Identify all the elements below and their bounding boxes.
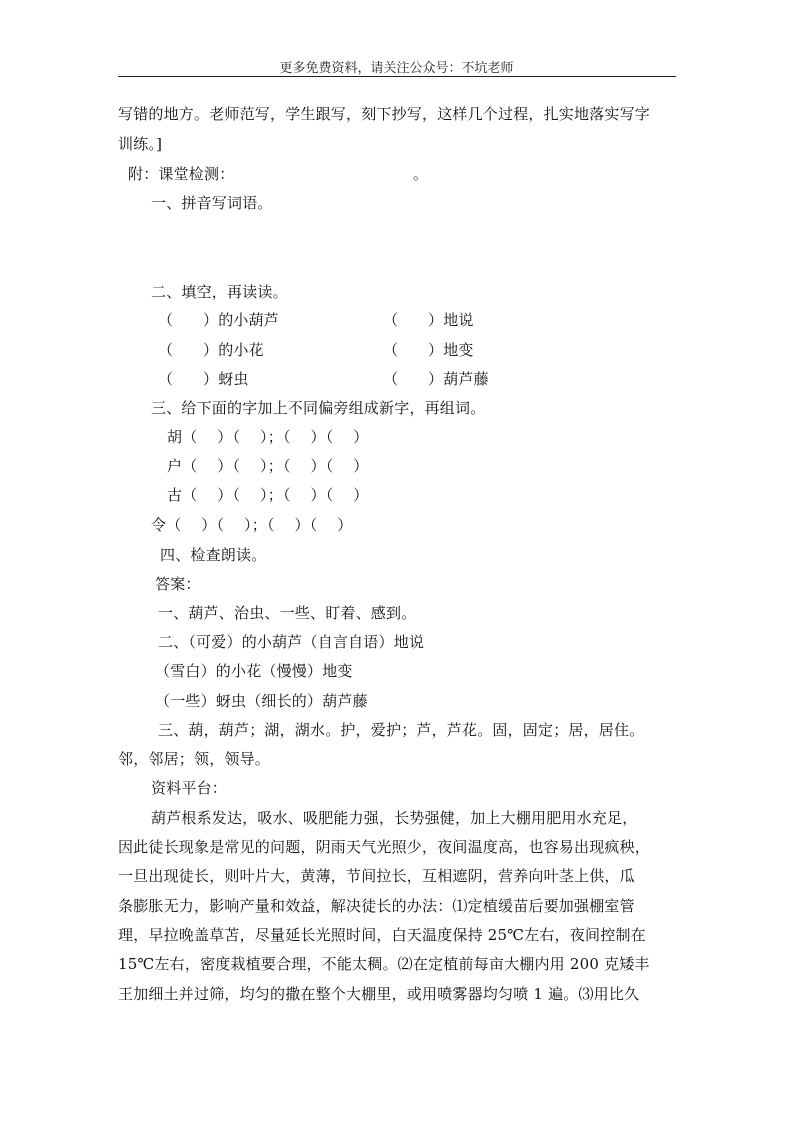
- answer-2-line-3: （一些）蚜虫（细长的）葫芦藤: [155, 691, 368, 711]
- resource-paragraph-line: 因此徒长现象是常见的问题，阴雨天气光照少，夜间温度高，也容易出现疯秧，: [118, 837, 650, 857]
- header-rule: [118, 76, 676, 77]
- intro-line-1: 写错的地方。老师范写，学生跟写，刻下抄写，这样几个过程，扎实地落实写字: [118, 104, 650, 124]
- q1-title: 一、拼音写词语。: [151, 193, 273, 213]
- q2-row: （ ）蚜虫: [158, 369, 249, 389]
- resource-paragraph-line: 条膨胀无力，影响产量和效益，解决徒长的办法：⑴定植缓苗后要加强棚室管: [118, 896, 635, 916]
- appendix-label: 附：课堂检测：: [128, 164, 234, 184]
- resource-paragraph-line: 葫芦根系发达，吸水、吸肥能力强，长势强健，加上大棚用肥用水充足，: [151, 808, 637, 828]
- intro-line-2: 训练。]: [118, 134, 162, 154]
- q3-title: 三、给下面的字加上不同偏旁组成新字，再组词。: [151, 398, 485, 418]
- answer-3-line-1: 三、葫，葫芦；湖，湖水。护，爱护；芦，芦花。固，固定；居，居住。: [158, 720, 644, 740]
- q2-row: （ ）地说: [383, 310, 474, 330]
- resource-paragraph-line: 15℃左右，密度栽植要合理，不能太稠。⑵在定植前每亩大棚内用 200 克矮丰: [118, 954, 650, 974]
- answers-label: 答案：: [155, 574, 201, 594]
- q2-title: 二、填空，再读读。: [151, 282, 288, 302]
- answer-1: 一、葫芦、治虫、一些、盯着、感到。: [158, 603, 416, 623]
- q3-row: 古（ ）（ ）；（ ）（ ）: [167, 485, 369, 505]
- q2-row: （ ）的小葫芦: [158, 310, 279, 330]
- q2-row: （ ）的小花: [158, 340, 264, 360]
- appendix-trailing-mark: 。: [413, 164, 428, 184]
- resource-paragraph-line: 理，早拉晚盖草苫，尽量延长光照时间，白天温度保持 25℃左右，夜间控制在: [118, 925, 646, 945]
- resource-label: 资料平台：: [151, 778, 227, 798]
- answer-2-line-2: （雪白）的小花（慢慢）地变: [155, 661, 353, 681]
- q3-row: 户（ ）（ ）；（ ）（ ）: [167, 456, 369, 476]
- answer-2-line-1: 二、（可爱）的小葫芦（自言自语）地说: [158, 632, 424, 652]
- q4-title: 四、检查朗读。: [160, 545, 266, 565]
- q2-row: （ ）葫芦藤: [383, 369, 489, 389]
- q2-row: （ ）地变: [383, 340, 474, 360]
- page-header: 更多免费资料，请关注公众号：不坑老师: [118, 57, 675, 76]
- resource-paragraph-line: 一旦出现徒长，则叶片大，黄薄，节间拉长，互相遮阴，营养向叶茎上供，瓜: [118, 866, 635, 886]
- q3-row: 令（ ）（ ）；（ ）（ ）: [151, 515, 353, 535]
- resource-paragraph-line: 王加细土并过筛，均匀的撒在整个大棚里，或用喷雾器均匀喷 1 遍。⑶用比久: [118, 984, 639, 1004]
- q3-row: 胡（ ）（ ）；（ ）（ ）: [167, 427, 369, 447]
- answer-3-line-2: 邻，邻居；领，领导。: [118, 749, 270, 769]
